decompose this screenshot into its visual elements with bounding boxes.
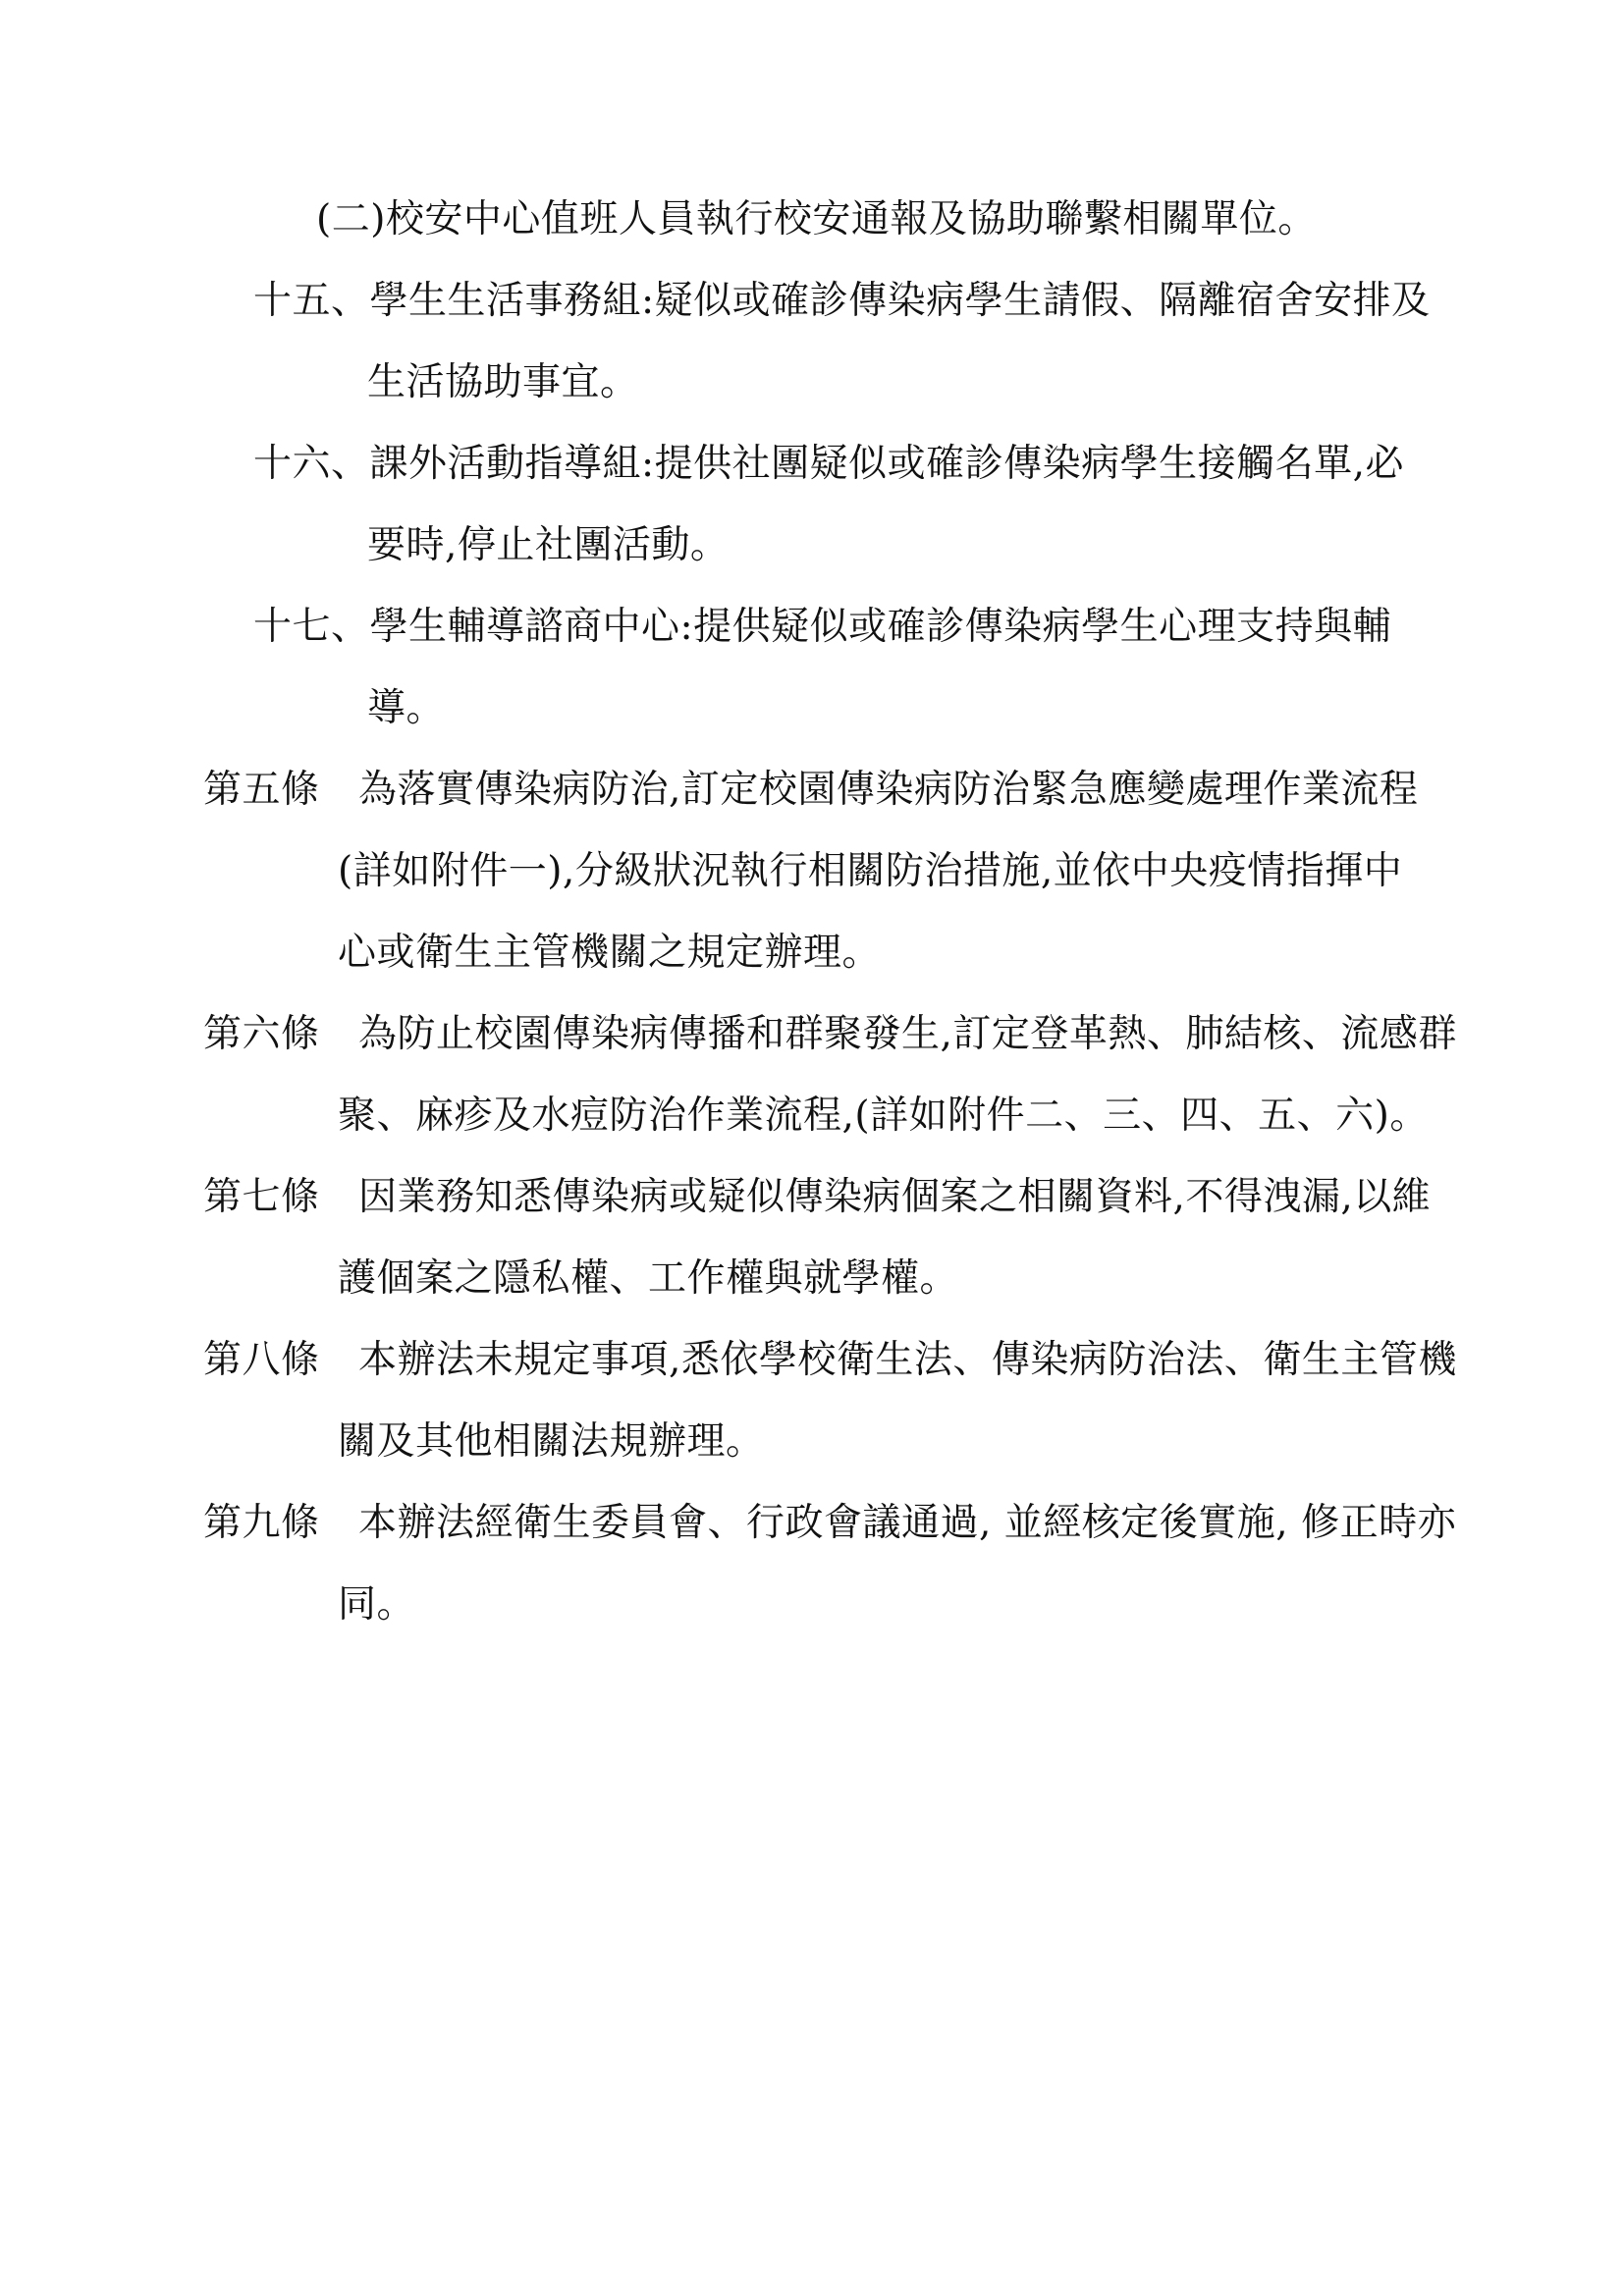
- doc-line-article-6-cont: 聚、麻疹及水痘防治作業流程,(詳如附件二、三、四、五、六)。: [338, 1075, 1624, 1156]
- doc-line-item-17-cont: 導。: [367, 667, 1624, 749]
- doc-line-article-7-cont: 護個案之隱私權、工作權與就學權。: [338, 1238, 1624, 1319]
- doc-line-article-9-cont: 同。: [338, 1564, 1624, 1645]
- doc-line-item-15: 十五、學生生活事務組:疑似或確診傳染病學生請假、隔離宿舍安排及: [253, 260, 1624, 342]
- doc-line-item-17: 十七、學生輔導諮商中心:提供疑似或確診傳染病學生心理支持與輔: [253, 586, 1624, 667]
- doc-line-item-16-cont: 要時,停止社團活動。: [367, 505, 1624, 586]
- doc-line-article-8-cont: 關及其他相關法規辦理。: [338, 1401, 1624, 1482]
- doc-line-article-5-cont-2: 心或衛生主管機關之規定辦理。: [338, 912, 1624, 993]
- doc-line-article-6: 第六條 為防止校園傳染病傳播和群聚發生,訂定登革熱、肺結核、流感群: [203, 993, 1624, 1075]
- doc-line-sub-item-2: (二)校安中心值班人員執行校安通報及協助聯繫相關單位。: [316, 179, 1624, 260]
- doc-line-article-8: 第八條 本辦法未規定事項,悉依學校衛生法、傳染病防治法、衛生主管機: [203, 1319, 1624, 1401]
- doc-line-item-16: 十六、課外活動指導組:提供社團疑似或確診傳染病學生接觸名單,必: [253, 423, 1624, 505]
- doc-line-article-9: 第九條 本辦法經衛生委員會、行政會議通過, 並經核定後實施, 修正時亦: [203, 1482, 1624, 1564]
- doc-line-article-7: 第七條 因業務知悉傳染病或疑似傳染病個案之相關資料,不得洩漏,以維: [203, 1156, 1624, 1238]
- document-text-block: (二)校安中心值班人員執行校安通報及協助聯繫相關單位。 十五、學生生活事務組:疑…: [0, 179, 1624, 1645]
- doc-line-article-5: 第五條 為落實傳染病防治,訂定校園傳染病防治緊急應變處理作業流程: [203, 749, 1624, 830]
- doc-line-item-15-cont: 生活協助事宜。: [367, 342, 1624, 423]
- doc-line-article-5-cont-1: (詳如附件一),分級狀況執行相關防治措施,並依中央疫情指揮中: [338, 830, 1624, 912]
- document-page: (二)校安中心值班人員執行校安通報及協助聯繫相關單位。 十五、學生生活事務組:疑…: [0, 0, 1624, 2296]
